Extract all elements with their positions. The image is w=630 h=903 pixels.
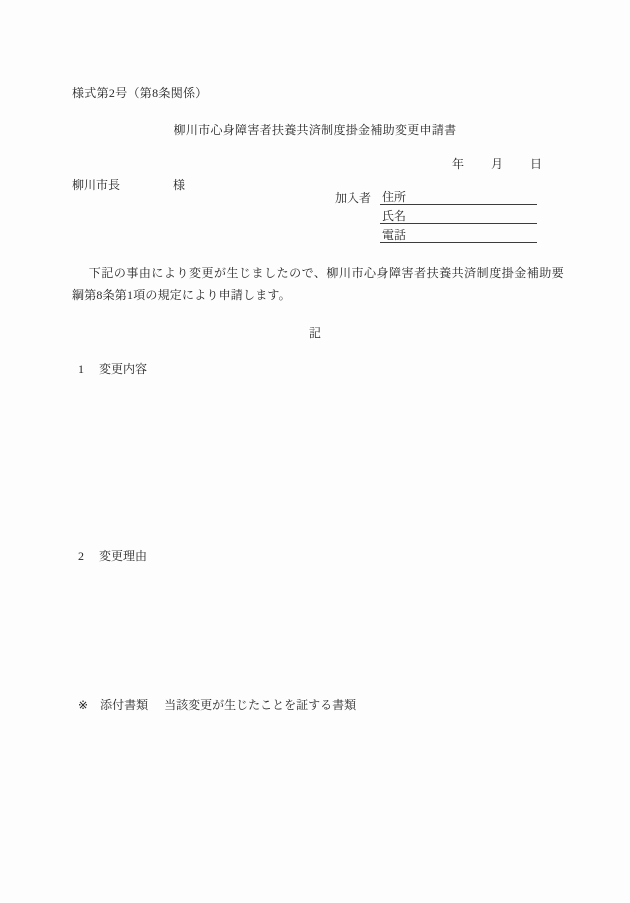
date-line: 年 月 日 — [452, 155, 542, 172]
name-field-label: 氏名 — [382, 209, 406, 223]
section-change-details: 1 変更内容 — [78, 360, 147, 377]
applicant-block: 加入者 住所 氏名 電話 — [335, 191, 537, 248]
phone-field-label: 電話 — [382, 228, 406, 242]
name-field: 氏名 — [380, 210, 537, 224]
addressee-honorific: 様 — [173, 178, 185, 192]
section-1-label: 変更内容 — [99, 362, 147, 376]
attachment-note: ※ 添付書類 当該変更が生じたことを証する書類 — [78, 696, 356, 713]
note-label: 添付書類 — [100, 698, 148, 712]
addressee-line: 柳川市長 様 — [72, 176, 185, 193]
section-2-number: 2 — [78, 549, 96, 564]
note-symbol: ※ — [78, 698, 88, 712]
date-day-label: 日 — [530, 155, 542, 172]
body-paragraph: 下記の事由により変更が生じましたので、柳川市心身障害者扶養共済制度掛金補助要綱第… — [72, 262, 564, 306]
addressee-name: 柳川市長 — [72, 178, 120, 192]
section-change-reason: 2 変更理由 — [78, 547, 147, 564]
section-2-label: 変更理由 — [99, 549, 147, 563]
document-title: 柳川市心身障害者扶養共済制度掛金補助変更申請書 — [0, 121, 630, 138]
note-text: 当該変更が生じたことを証する書類 — [164, 698, 356, 712]
address-field: 住所 — [380, 191, 537, 205]
date-month-label: 月 — [491, 155, 503, 172]
application-form-page: 様式第2号（第8条関係） 柳川市心身障害者扶養共済制度掛金補助変更申請書 年 月… — [0, 0, 630, 903]
address-field-label: 住所 — [382, 190, 406, 204]
phone-field: 電話 — [380, 229, 537, 243]
ki-marker: 記 — [0, 324, 630, 341]
section-1-number: 1 — [78, 362, 96, 377]
applicant-fields: 住所 氏名 電話 — [380, 191, 537, 248]
form-number: 様式第2号（第8条関係） — [72, 84, 208, 101]
date-year-label: 年 — [452, 155, 464, 172]
applicant-label: 加入者 — [335, 191, 371, 205]
